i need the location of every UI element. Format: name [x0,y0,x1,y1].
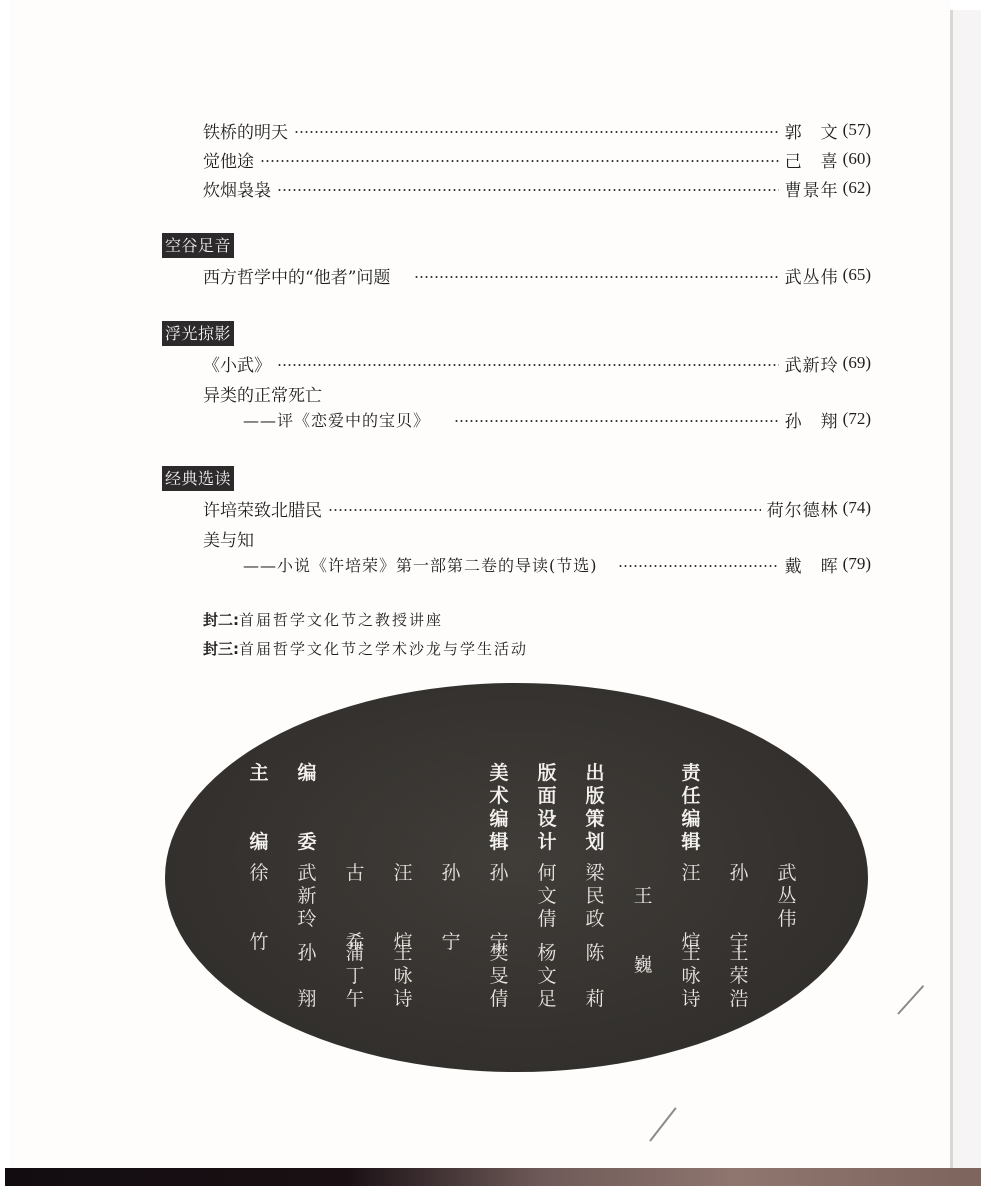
cover-note-label: 封二: [203,611,239,629]
entry-title[interactable]: 美与知 [203,526,254,551]
cover-note-text: 首届哲学文化节之学术沙龙与学生活动 [239,640,528,658]
entry-page: (62) [843,178,871,198]
entry-author: 武丛伟 [785,263,839,288]
masthead-name: 汪 煊 [680,862,702,954]
dot-leader [294,131,779,133]
entry-author: 曹景年 [785,176,839,201]
masthead-name: 徐 竹 [248,862,270,954]
masthead-name: 王 巍 [632,862,654,977]
masthead-name: 武新玲 [296,862,318,931]
entry-page: (74) [843,498,871,518]
dot-leader [618,565,779,567]
entry-title: 觉他途 [203,147,254,172]
entry-author: 郭 文 [785,118,839,143]
masthead-name: 何文倩 [536,862,558,931]
entry-author: 己 喜 [785,147,839,172]
entry-author: 武新玲 [785,351,839,376]
masthead-name: 王荣浩 [728,942,750,1011]
masthead-name: 孙 宁 [488,862,510,954]
scan-background-band [5,1168,981,1186]
entry-title: 炊烟袅袅 [203,176,271,201]
entry-page: (60) [843,149,871,169]
entry-author: 孙 翔 [785,407,839,432]
adjacent-page-edge [953,10,981,1168]
toc-entry[interactable]: ——评《恋爱中的宝贝》 孙 翔 (72) [243,405,871,433]
entry-subtitle: ——评《恋爱中的宝贝》 [243,408,430,431]
section-label-jing-dian-xuan-du: 经典选读 [162,466,234,491]
section-label-kong-gu-zu-yin: 空谷足音 [162,233,234,258]
masthead-role-label: 主 编 [248,762,270,854]
toc-entry[interactable]: 西方哲学中的“他者”问题 武丛伟 (65) [203,261,871,289]
masthead-role-label: 编 委 [296,762,318,854]
masthead-oval [165,683,868,1072]
toc-entry[interactable]: 炊烟袅袅 曹景年 (62) [203,174,871,202]
masthead-name: 孙 翔 [296,942,318,1011]
masthead-name: 蒲丁午 [344,942,366,1011]
masthead-role-label: 美术编辑 [488,762,510,854]
entry-title: 西方哲学中的“他者”问题 [203,263,390,288]
dot-leader [277,189,779,191]
masthead-role-label: 版面设计 [536,762,558,854]
toc-entry[interactable]: 许培荣致北腊民 荷尔德林 (74) [203,494,871,522]
toc-entry[interactable]: 《小武》 武新玲 (69) [203,349,871,377]
cover-note-text: 首届哲学文化节之教授讲座 [239,611,443,629]
entry-page: (57) [843,120,871,140]
entry-page: (65) [843,265,871,285]
masthead-name: 梁民政 [584,862,606,931]
entry-page: (72) [843,409,871,429]
masthead-name: 古 希 [344,862,366,954]
cover-note-inside-back: 封三:首届哲学文化节之学术沙龙与学生活动 [203,638,528,659]
cover-note-inside-front: 封二:首届哲学文化节之教授讲座 [203,609,443,630]
dot-leader [260,160,779,162]
masthead-name: 樊旻倩 [488,942,510,1011]
dot-leader [454,420,779,422]
masthead-role-label: 责任编辑 [680,762,702,854]
masthead-role-label: 出版策划 [584,762,606,854]
masthead-name: 王咏诗 [392,942,414,1011]
cover-note-label: 封三: [203,640,239,658]
entry-title: 铁桥的明天 [203,118,288,143]
entry-author: 荷尔德林 [767,496,839,521]
entry-subtitle: ——小说《许培荣》第一部第二卷的导读(节选) [243,553,598,576]
entry-title: 《小武》 [203,351,271,376]
toc-entry[interactable]: 觉他途 己 喜 (60) [203,145,871,173]
masthead-name: 孙 宁 [728,862,750,954]
entry-page: (69) [843,353,871,373]
entry-page: (79) [843,554,871,574]
masthead-name: 汪 煊 [392,862,414,954]
masthead-name: 武丛伟 [776,862,798,931]
entry-author: 戴 晖 [785,552,839,577]
toc-entry[interactable]: 铁桥的明天 郭 文 (57) [203,116,871,144]
dot-leader [414,276,778,278]
section-label-fu-guang-lue-ying: 浮光掠影 [162,321,234,346]
masthead-name: 陈 莉 [584,942,606,1011]
toc-entry[interactable]: ——小说《许培荣》第一部第二卷的导读(节选) 戴 晖 (79) [243,550,871,578]
dot-leader [328,509,761,511]
masthead-name: 孙 宁 [440,862,462,954]
masthead-name: 杨文足 [536,942,558,1011]
entry-title: 许培荣致北腊民 [203,496,322,521]
entry-title[interactable]: 异类的正常死亡 [203,381,322,406]
masthead-name: 王咏诗 [680,942,702,1011]
dot-leader [277,364,779,366]
